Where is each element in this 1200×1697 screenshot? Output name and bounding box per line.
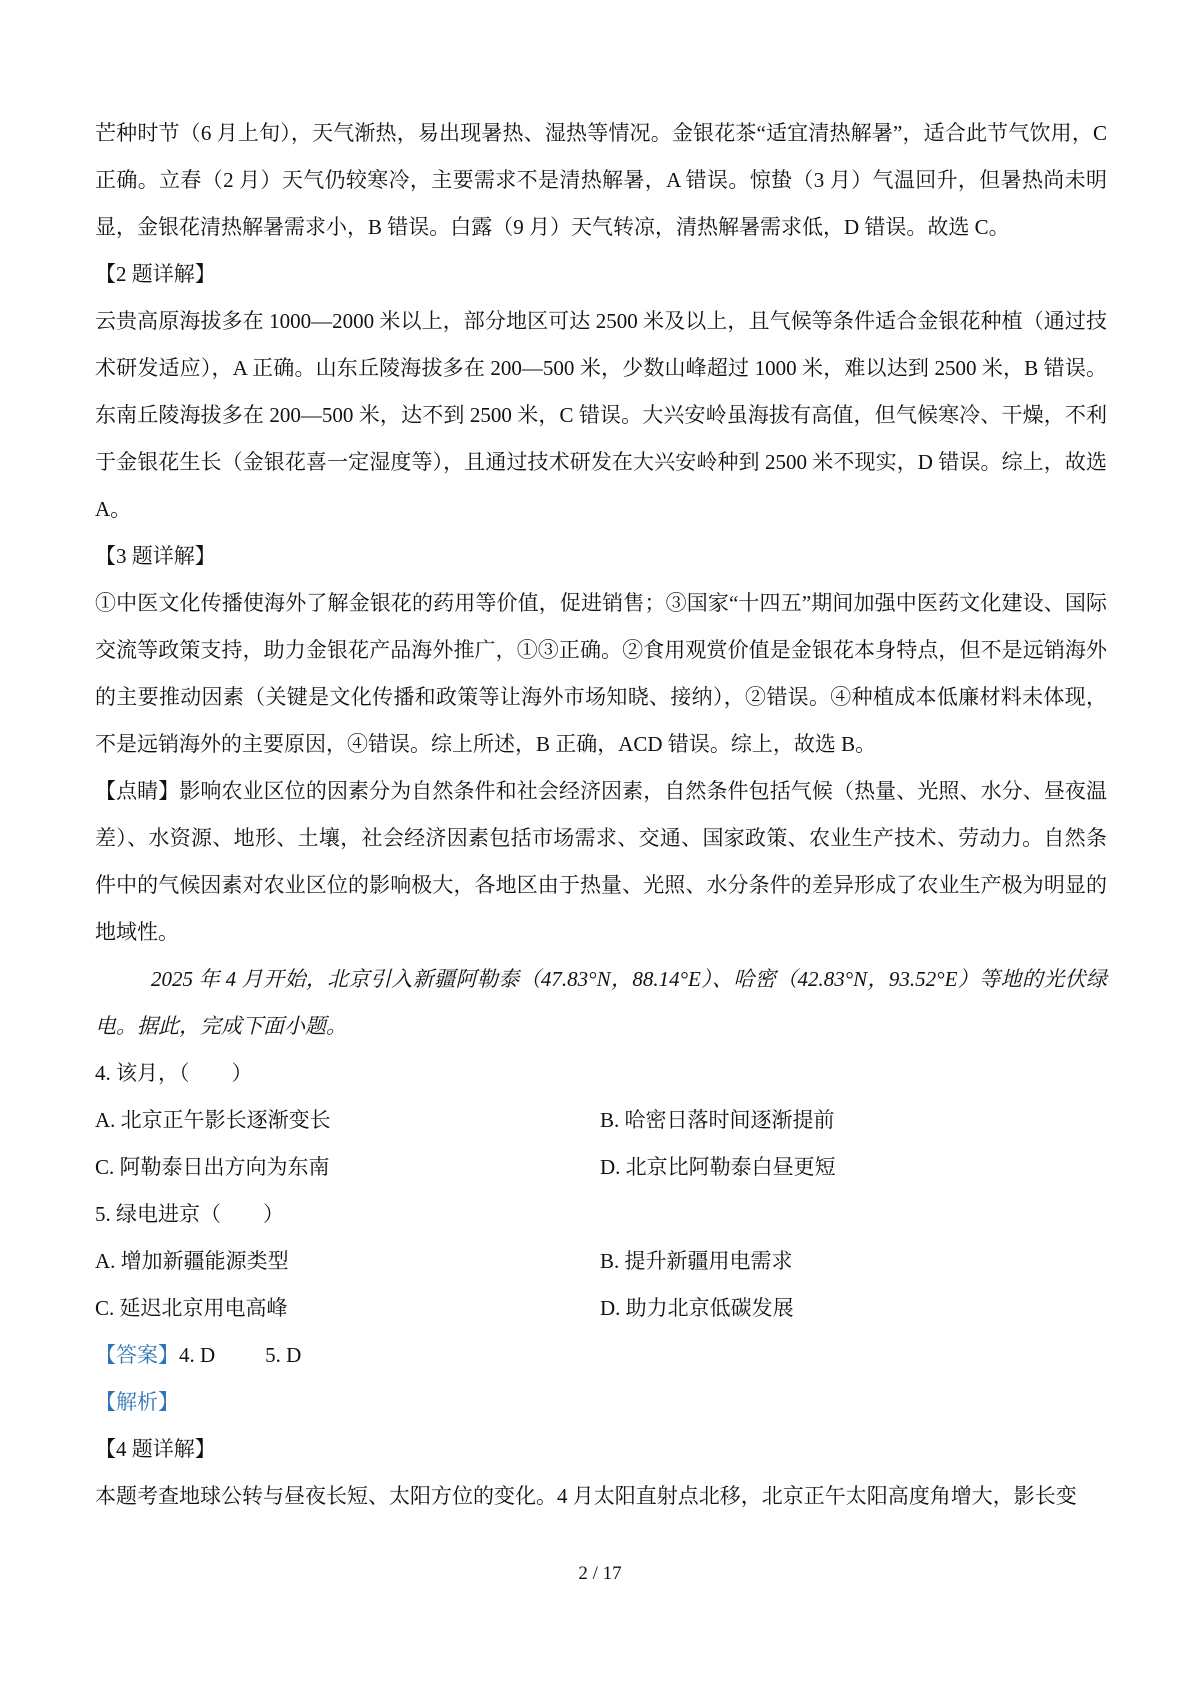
q3-explanation: ①中医文化传播使海外了解金银花的药用等价值，促进销售；③国家“十四五”期间加强中… (95, 580, 1107, 768)
q5-options-row-cd: C. 延迟北京用电高峰 D. 助力北京低碳发展 (95, 1285, 1107, 1332)
analysis-label: 【解析】 (95, 1379, 1107, 1426)
q4-option-c: C. 阿勒泰日出方向为东南 (95, 1144, 600, 1191)
q2-detail-heading: 【2 题详解】 (95, 251, 1107, 298)
q3-detail-heading: 【3 题详解】 (95, 533, 1107, 580)
q4-option-a: A. 北京正午影长逐渐变长 (95, 1097, 600, 1144)
page-content: 芒种时节（6 月上旬），天气渐热，易出现暑热、湿热等情况。金银花茶“适宜清热解暑… (95, 110, 1107, 1520)
q4-explanation-start: 本题考查地球公转与昼夜长短、太阳方位的变化。4 月太阳直射点北移，北京正午太阳高… (95, 1473, 1107, 1520)
key-note-text: 影响农业区位的因素分为自然条件和社会经济因素，自然条件包括气候（热量、光照、水分… (95, 779, 1107, 944)
q4-options-row-cd: C. 阿勒泰日出方向为东南 D. 北京比阿勒泰白昼更短 (95, 1144, 1107, 1191)
q4-option-d: D. 北京比阿勒泰白昼更短 (600, 1144, 1107, 1191)
key-note-label: 【点睛】 (95, 779, 179, 803)
question-4-prompt: 4. 该月，（ ） (95, 1050, 1107, 1097)
q5-option-b: B. 提升新疆用电需求 (600, 1238, 1107, 1285)
q4-detail-heading: 【4 题详解】 (95, 1426, 1107, 1473)
q5-option-a: A. 增加新疆能源类型 (95, 1238, 600, 1285)
answer-label: 【答案】 (95, 1343, 179, 1367)
q4-option-b: B. 哈密日落时间逐渐提前 (600, 1097, 1107, 1144)
answer-q4-value: 4. D (179, 1343, 215, 1367)
question-5-prompt: 5. 绿电进京（ ） (95, 1191, 1107, 1238)
key-note-paragraph: 【点睛】影响农业区位的因素分为自然条件和社会经济因素，自然条件包括气候（热量、光… (95, 768, 1107, 956)
stimulus-paragraph: 2025 年 4 月开始，北京引入新疆阿勒泰（47.83°N，88.14°E）、… (95, 956, 1107, 1050)
q2-explanation: 云贵高原海拔多在 1000—2000 米以上，部分地区可达 2500 米及以上，… (95, 298, 1107, 533)
q5-option-d: D. 助力北京低碳发展 (600, 1285, 1107, 1332)
q5-option-c: C. 延迟北京用电高峰 (95, 1285, 600, 1332)
q1-explanation-tail: 芒种时节（6 月上旬），天气渐热，易出现暑热、湿热等情况。金银花茶“适宜清热解暑… (95, 110, 1107, 251)
q4-options-row-ab: A. 北京正午影长逐渐变长 B. 哈密日落时间逐渐提前 (95, 1097, 1107, 1144)
page-number: 2 / 17 (0, 1560, 1200, 1588)
answer-q5-value: 5. D (265, 1343, 301, 1367)
document-page: 芒种时节（6 月上旬），天气渐热，易出现暑热、湿热等情况。金银花茶“适宜清热解暑… (0, 0, 1200, 1697)
q5-options-row-ab: A. 增加新疆能源类型 B. 提升新疆用电需求 (95, 1238, 1107, 1285)
answer-line: 【答案】4. D5. D (95, 1332, 1107, 1379)
